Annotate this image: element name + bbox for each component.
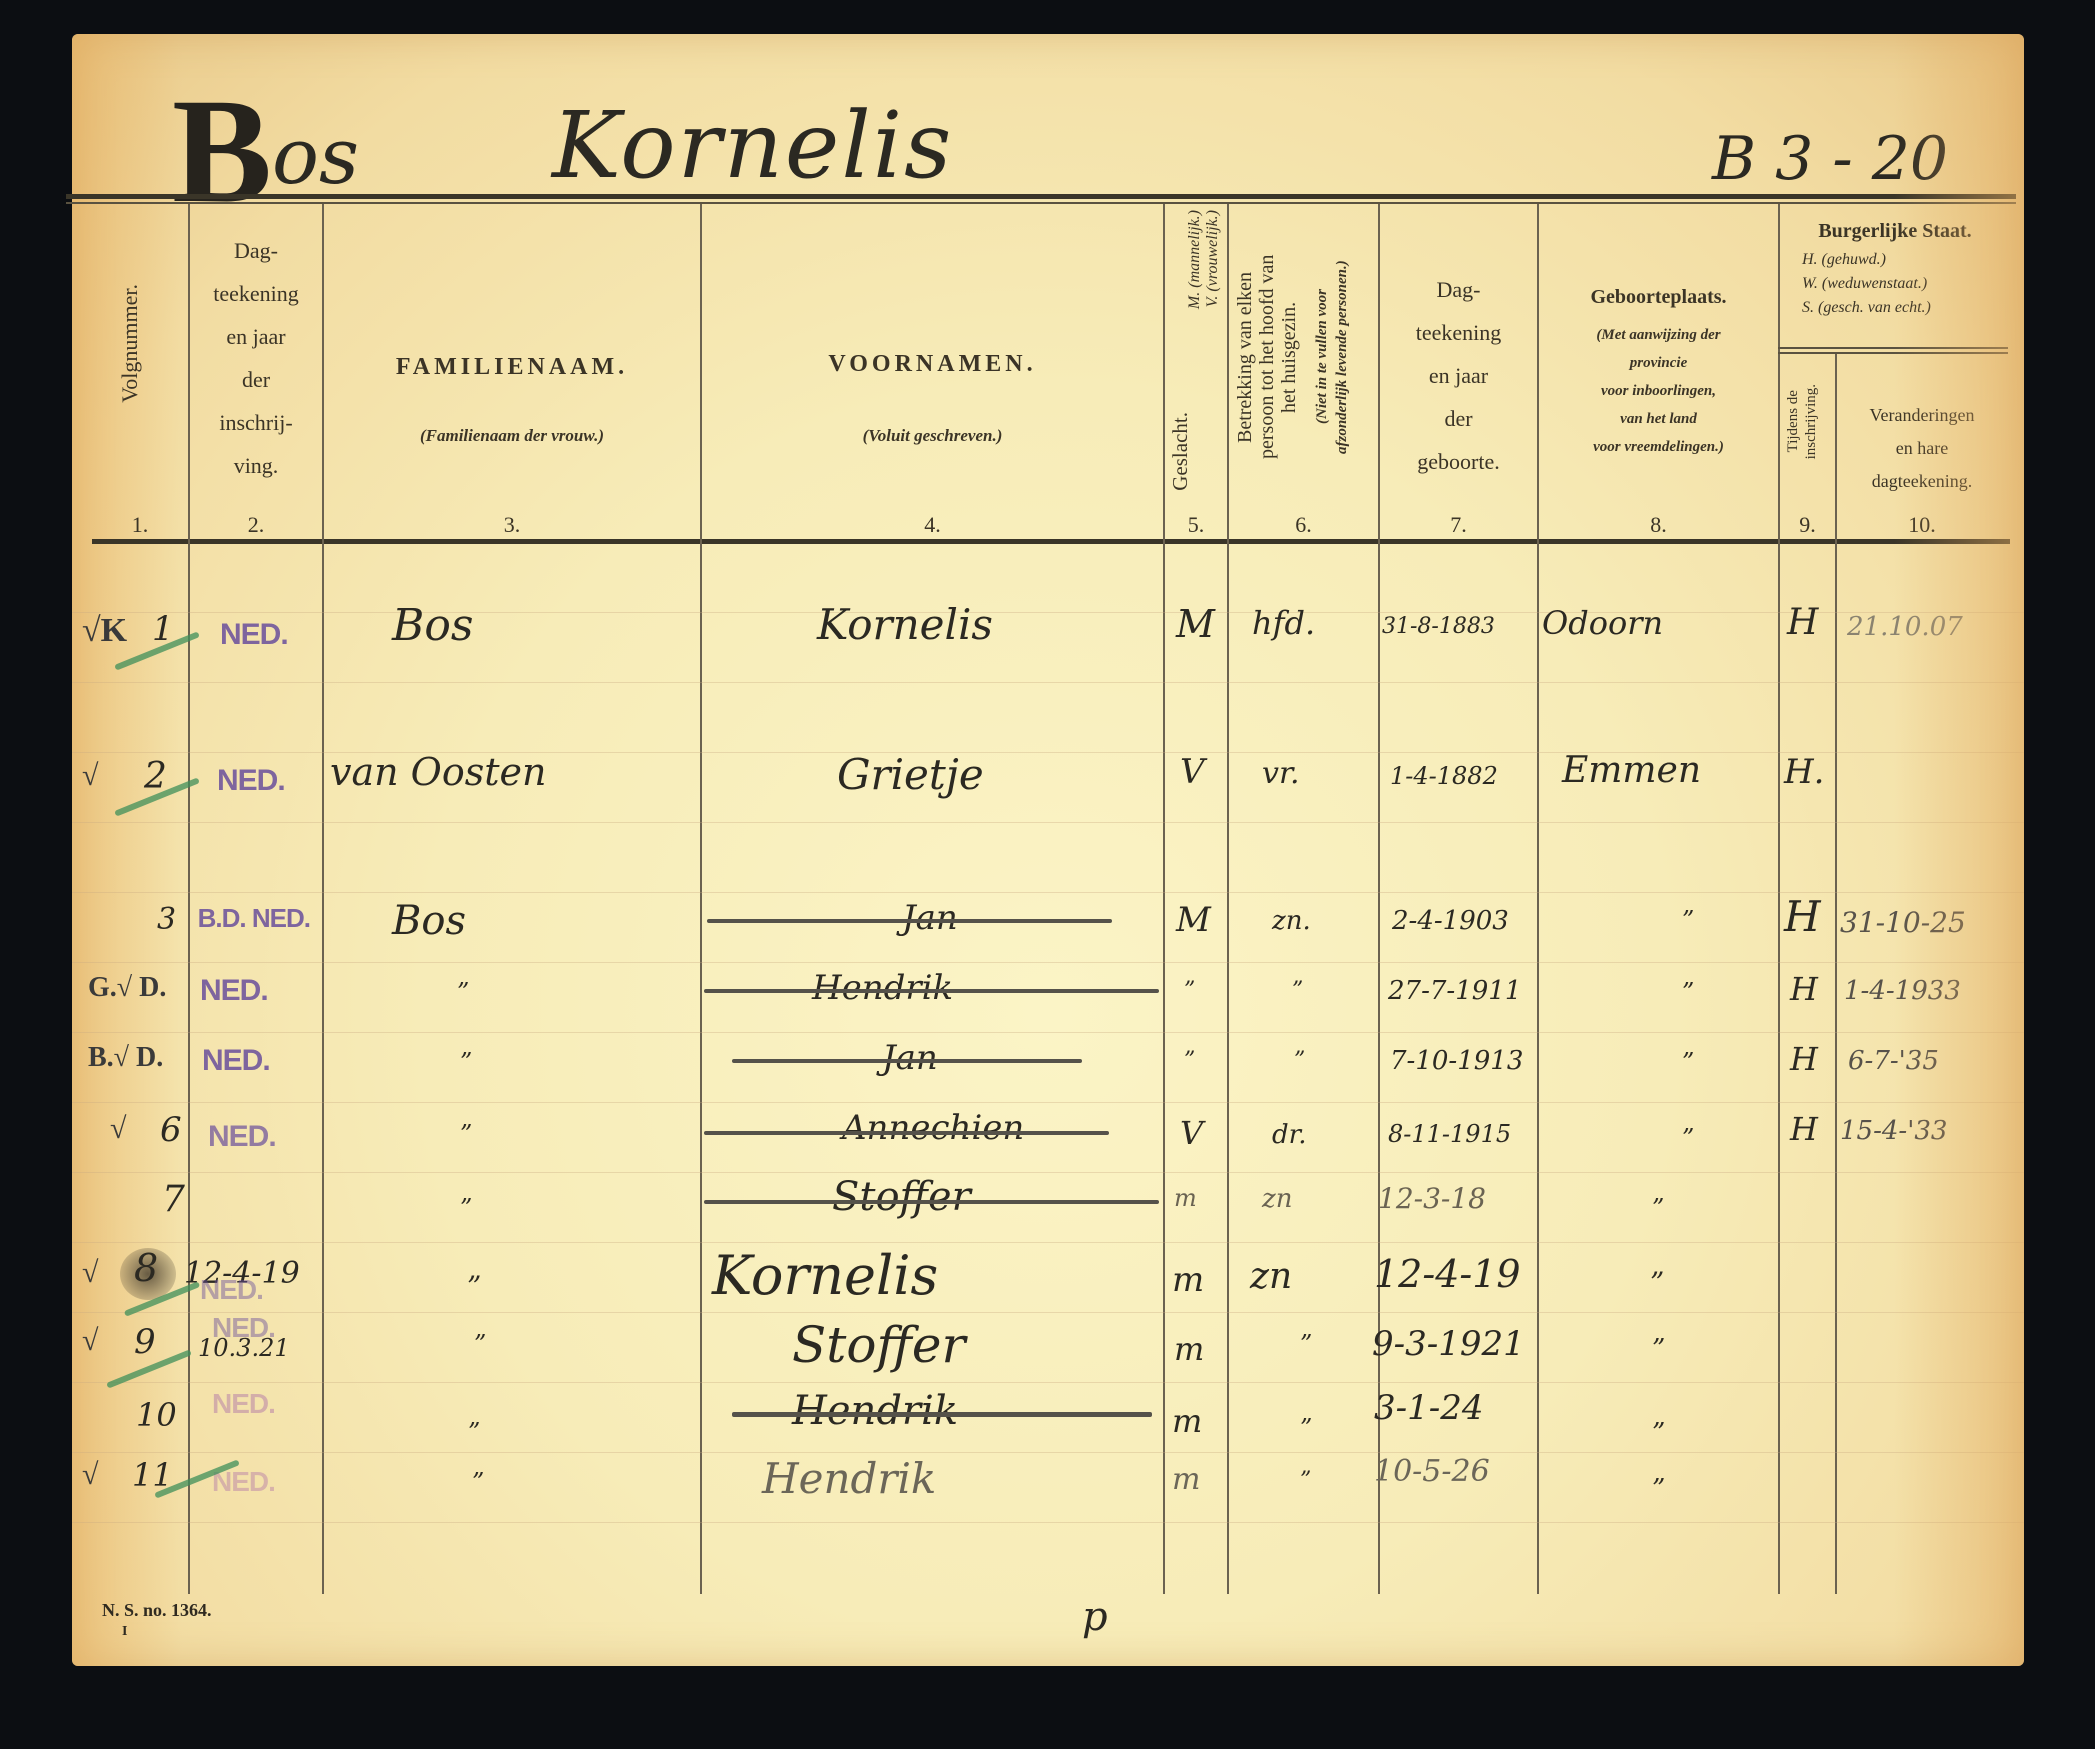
row-voornamen: Stoffer xyxy=(832,1174,971,1220)
reference-number: B 3 - 20 xyxy=(1712,124,1948,194)
register-card: B os Kornelis B 3 - 20 Volgnummer. 1. Da… xyxy=(72,34,2024,1666)
row-staat: H xyxy=(1790,1110,1818,1148)
row-familienaam: ” xyxy=(460,1120,472,1148)
row-geslacht: ” xyxy=(1184,978,1195,1003)
row-staat: H xyxy=(1787,602,1818,643)
column-number-5: 5. xyxy=(1165,512,1227,538)
row-geboorteplaats: ” xyxy=(1682,978,1694,1006)
column-divider xyxy=(1163,204,1165,1594)
row-margin-mark: √ xyxy=(82,1458,98,1492)
ned-stamp: NED. xyxy=(212,1388,275,1420)
given-name-title: Kornelis xyxy=(552,92,953,199)
row-volgnummer: 8 xyxy=(134,1246,158,1290)
column-divider xyxy=(700,204,702,1594)
row-veranderingen: 1-4-1933 xyxy=(1844,976,1961,1006)
ned-stamp: NED. xyxy=(202,1044,270,1078)
row-geboorte: 9-3-1921 xyxy=(1372,1324,1525,1364)
row-familienaam: ” xyxy=(468,1418,480,1446)
row-geslacht: V xyxy=(1180,1114,1203,1152)
row-familienaam: van Oosten xyxy=(330,750,546,794)
header-voornamen: VOORNAMEN. xyxy=(702,349,1163,379)
header-inschrijving: Dag- teekening en jaar der inschrij- vin… xyxy=(190,229,322,487)
header-betrekking: Betrekking van elken persoon tot het hoo… xyxy=(1234,212,1300,502)
clerk-initials: p xyxy=(1082,1594,1108,1640)
staat-rule xyxy=(1778,347,2008,349)
row-geslacht: m xyxy=(1172,1462,1200,1497)
row-betrekking: zn xyxy=(1250,1256,1292,1297)
row-voornamen: Hendrik xyxy=(762,1454,936,1503)
column-number-3: 3. xyxy=(324,512,700,538)
row-betrekking: ” xyxy=(1294,1048,1305,1073)
row-geboorte: 8-11-1915 xyxy=(1388,1120,1511,1148)
form-sub: I xyxy=(122,1624,127,1640)
header-top-rule xyxy=(66,194,2016,199)
row-staat: H xyxy=(1784,892,1821,941)
header-burgerlijke-staat: Burgerlijke Staat. xyxy=(1780,216,2010,246)
row-staat: H xyxy=(1790,970,1818,1008)
row-margin-mark: B.√ D. xyxy=(88,1042,163,1074)
row-geboorte: 12-3-18 xyxy=(1378,1182,1486,1215)
row-geboorteplaats: ” xyxy=(1652,1474,1665,1504)
strikethrough xyxy=(704,1131,1109,1135)
row-volgnummer: 10 xyxy=(136,1396,177,1434)
ned-stamp: NED. xyxy=(208,1120,276,1154)
row-geboorteplaats: ” xyxy=(1682,1124,1694,1152)
row-veranderingen: 31-10-25 xyxy=(1840,906,1966,939)
row-geboorte: 3-1-24 xyxy=(1374,1388,1484,1428)
row-familienaam: Bos xyxy=(392,600,473,651)
row-geslacht: ” xyxy=(1184,1048,1195,1073)
row-familienaam: Bos xyxy=(392,898,466,944)
header-geboorteplaats-sub: (Met aanwijzing der provincie voor inboo… xyxy=(1539,321,1778,461)
row-volgnummer: 3 xyxy=(157,902,176,937)
row-geboorte: 1-4-1882 xyxy=(1390,762,1498,790)
row-margin-mark: √K xyxy=(82,612,127,650)
row-margin-mark: G.√ D. xyxy=(88,972,166,1004)
row-geboorte: 31-8-1883 xyxy=(1382,614,1495,639)
column-number-4: 4. xyxy=(702,512,1163,538)
row-familienaam: ” xyxy=(460,1194,472,1222)
surname-rest: os xyxy=(272,112,359,202)
row-familienaam: ” xyxy=(460,1048,472,1076)
row-betrekking: dr. xyxy=(1272,1120,1306,1150)
strikethrough xyxy=(704,989,1159,993)
row-geslacht: V xyxy=(1180,752,1205,792)
strikethrough xyxy=(732,1059,1082,1063)
header-geslacht-m: M. (mannelijk.) xyxy=(1186,210,1204,309)
column-divider xyxy=(1778,204,1780,1594)
column-number-9: 9. xyxy=(1780,512,1835,538)
row-volgnummer: 6 xyxy=(160,1110,182,1150)
row-voornamen: Jan xyxy=(882,1038,938,1078)
row-betrekking: ” xyxy=(1300,1414,1312,1442)
row-geslacht: m xyxy=(1172,1260,1204,1300)
row-voornamen: Stoffer xyxy=(792,1316,965,1374)
row-voornamen: Kornelis xyxy=(817,600,993,649)
header-geboorteplaats: Geboorteplaats. xyxy=(1539,282,1778,312)
header-volgnummer: Volgnummer. xyxy=(117,284,143,403)
row-betrekking: vr. xyxy=(1262,756,1300,791)
row-geboorteplaats: ” xyxy=(1682,1048,1694,1076)
row-voornamen: Hendrik xyxy=(812,968,953,1008)
header-tijdens-inschrijving: Tijdens de inschrijving. xyxy=(1784,384,1820,459)
strikethrough xyxy=(732,1412,1152,1417)
row-geboorteplaats: Odoorn xyxy=(1542,604,1663,642)
row-voornamen: Jan xyxy=(902,898,958,938)
row-geslacht: m xyxy=(1172,1402,1202,1440)
header-voornamen-sub: (Voluit geschreven.) xyxy=(702,424,1163,448)
strikethrough xyxy=(704,1200,1159,1204)
ned-stamp: NED. xyxy=(220,618,288,652)
header-geboorte: Dag- teekening en jaar der geboorte. xyxy=(1380,268,1537,483)
header-familienaam: FAMILIENAAM. xyxy=(324,352,700,382)
column-number-6: 6. xyxy=(1229,512,1378,538)
row-betrekking: hfd. xyxy=(1252,604,1315,642)
column-divider xyxy=(1835,354,1837,1594)
header-geslacht: Geslacht. xyxy=(1168,412,1193,491)
row-geslacht: M xyxy=(1176,602,1215,646)
row-margin-mark: √ xyxy=(82,1256,98,1290)
row-geboorteplaats: ” xyxy=(1682,906,1694,934)
row-familienaam: ” xyxy=(472,1468,484,1496)
row-geboorte: 7-10-1913 xyxy=(1390,1046,1523,1076)
row-voornamen: Annechien xyxy=(842,1108,1024,1148)
column-number-1: 1. xyxy=(92,512,188,538)
row-geslacht: m xyxy=(1174,1330,1204,1368)
row-margin-mark: √ xyxy=(110,1112,126,1146)
row-veranderingen: 15-4-'33 xyxy=(1840,1116,1947,1146)
row-familienaam: ” xyxy=(474,1330,486,1358)
row-voornamen: Hendrik xyxy=(792,1388,958,1434)
header-staat-legend: H. (gehuwd.) W. (weduwenstaat.) S. (gesc… xyxy=(1802,248,1931,320)
header-top-rule-thin xyxy=(66,202,2016,204)
form-number: N. S. no. 1364. xyxy=(102,1600,212,1621)
column-number-10: 10. xyxy=(1837,512,2007,538)
header-geslacht-v: V. (vrouwelijk.) xyxy=(1204,210,1222,307)
row-margin-mark: √ xyxy=(82,759,98,793)
row-geboorte: 12-4-19 xyxy=(1374,1252,1521,1296)
header-familienaam-sub: (Familienaam der vrouw.) xyxy=(324,424,700,448)
row-geboorteplaats: ” xyxy=(1650,1266,1664,1299)
ned-stamp: NED. xyxy=(200,974,268,1008)
ned-stamp: NED. xyxy=(217,764,285,798)
row-betrekking: ” xyxy=(1300,1330,1312,1358)
row-geboorteplaats: ” xyxy=(1652,1194,1664,1222)
column-divider xyxy=(322,204,324,1594)
row-volgnummer: 7 xyxy=(162,1179,185,1220)
header-bottom-rule xyxy=(92,539,2010,544)
row-veranderingen: 21.10.07 xyxy=(1847,612,1963,642)
row-geboorte: 2-4-1903 xyxy=(1392,906,1509,936)
row-geboorteplaats: ” xyxy=(1652,1418,1665,1448)
column-divider xyxy=(1227,204,1229,1594)
column-number-8: 8. xyxy=(1539,512,1778,538)
column-number-7: 7. xyxy=(1380,512,1537,538)
row-geslacht: M xyxy=(1176,900,1211,940)
column-number-2: 2. xyxy=(190,512,322,538)
header-veranderingen: Veranderingen en hare dagteekening. xyxy=(1837,399,2007,498)
row-betrekking: ” xyxy=(1300,1468,1311,1493)
row-voornamen: Grietje xyxy=(837,750,984,799)
ned-stamp: NED. xyxy=(200,1274,263,1306)
row-geboorteplaats: ” xyxy=(1652,1334,1665,1364)
row-margin-mark: √ xyxy=(82,1324,98,1358)
row-staat: H xyxy=(1790,1040,1818,1078)
row-betrekking: ” xyxy=(1292,978,1303,1003)
header-betrekking-note: (Niet in te vullen voor afzonderlijk lev… xyxy=(1312,212,1352,502)
row-betrekking: zn. xyxy=(1272,906,1311,936)
row-inschrijving: 10.3.21 xyxy=(198,1334,290,1362)
staat-rule-2 xyxy=(1778,352,2008,354)
strikethrough xyxy=(707,919,1112,923)
row-geslacht: m xyxy=(1174,1184,1197,1212)
row-familienaam: ” xyxy=(467,1270,481,1303)
row-veranderingen: 6-7-'35 xyxy=(1848,1046,1939,1076)
row-betrekking: zn xyxy=(1262,1184,1292,1214)
row-geboorte: 27-7-1911 xyxy=(1388,976,1521,1006)
row-familienaam: ” xyxy=(457,978,469,1006)
bd-ned-stamp: B.D. NED. xyxy=(180,904,310,932)
row-voornamen: Kornelis xyxy=(712,1244,938,1307)
row-volgnummer: 9 xyxy=(134,1322,156,1362)
row-geboorteplaats: Emmen xyxy=(1562,750,1701,791)
row-geboorte: 10-5-26 xyxy=(1374,1454,1490,1489)
row-staat: H. xyxy=(1784,752,1824,792)
